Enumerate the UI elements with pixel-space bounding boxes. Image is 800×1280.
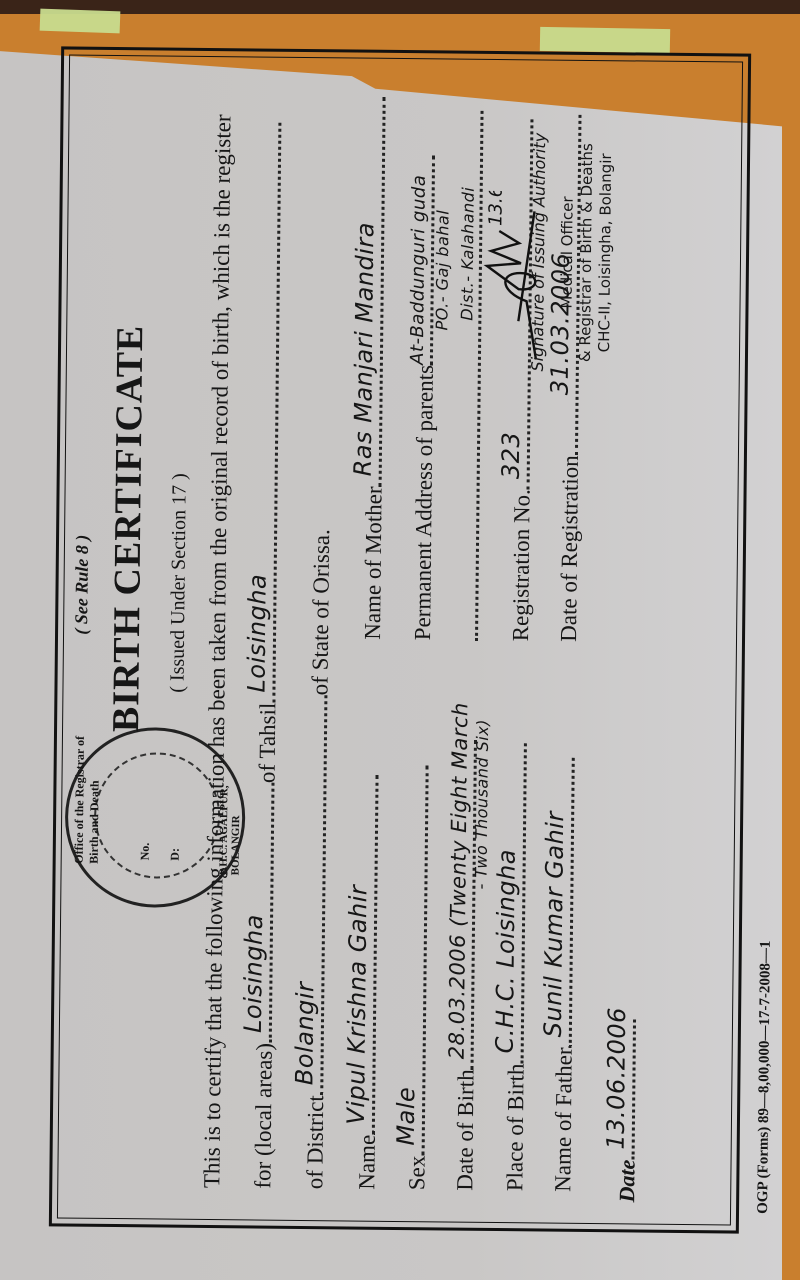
- stamp-d-label: D:: [168, 848, 183, 861]
- field-place-of-birth: Place of BirthC.H.C. Loisingha: [497, 743, 533, 1191]
- print-footer: OGP (Forms) 89—8,00,000—17-7-2008—1: [755, 940, 775, 1213]
- svg-text:13.6.06: 13.6.06: [485, 191, 507, 226]
- tape-strip: [40, 9, 121, 34]
- field-sex: SexMale: [399, 766, 434, 1191]
- stamp-no-label: No.: [138, 843, 153, 861]
- mother-value: Ras Manjari Mandira: [349, 222, 380, 477]
- certificate-subtitle: ( Issued Under Section 17 ): [166, 473, 191, 693]
- dob-value: 28.03.2006 (Twenty Eight March: [445, 702, 473, 1059]
- field-name: NameVipul Krishna Gahir: [349, 775, 384, 1190]
- address-line2: PO.- Gaj bahal: [432, 210, 452, 331]
- address-line3: Dist.- Kalahandi: [457, 187, 477, 321]
- dob-words: - Two Thousand Six): [471, 719, 492, 890]
- tape-strip: [540, 27, 670, 53]
- father-value: Sunil Kumar Gahir: [539, 811, 569, 1037]
- local-areas-value: Loisingha: [239, 914, 268, 1033]
- issue-date: Date13.06.2006: [609, 1019, 642, 1202]
- tahsil-value: Loisingha: [242, 574, 271, 693]
- registrar-label: & Registrar of Birth & Deaths: [576, 133, 597, 372]
- birth-certificate: Office of the Registrar of Birth and Dea…: [49, 46, 751, 1233]
- medical-officer-label: Medical Officer: [557, 133, 578, 372]
- name-value: Vipul Krishna Gahir: [342, 885, 373, 1125]
- issue-date-value: 13.06.2006: [602, 1007, 631, 1150]
- registration-no-value: 323: [497, 432, 525, 480]
- stamp-outer-text: Office of the Registrar of Birth and Dea…: [72, 730, 103, 864]
- rule-reference: ( See Rule 8 ): [71, 535, 93, 635]
- certificate-title: BIRTH CERTIFICATE: [104, 324, 152, 732]
- address-line2-row: PO.- Gaj bahal: [432, 210, 453, 331]
- place-of-birth-value: C.H.C. Loisingha: [491, 849, 521, 1054]
- address-line1: At-Baddunguri guda: [407, 175, 430, 365]
- field-dob: Date of Birth28.03.2006 (Twenty Eight Ma…: [447, 739, 483, 1191]
- field-father: Name of FatherSunil Kumar Gahir: [545, 757, 581, 1192]
- chc-label: CHC-II, Loisingha, Bolangir: [595, 133, 616, 372]
- district-value: Bolangir: [290, 981, 319, 1085]
- signature-block: Signature of Issuing Authority Medical O…: [528, 133, 616, 372]
- sex-value: Male: [392, 1087, 421, 1146]
- field-mother: Name of MotherRas Manjari Mandira: [355, 96, 392, 640]
- signature-label: Signature of Issuing Authority: [528, 133, 549, 372]
